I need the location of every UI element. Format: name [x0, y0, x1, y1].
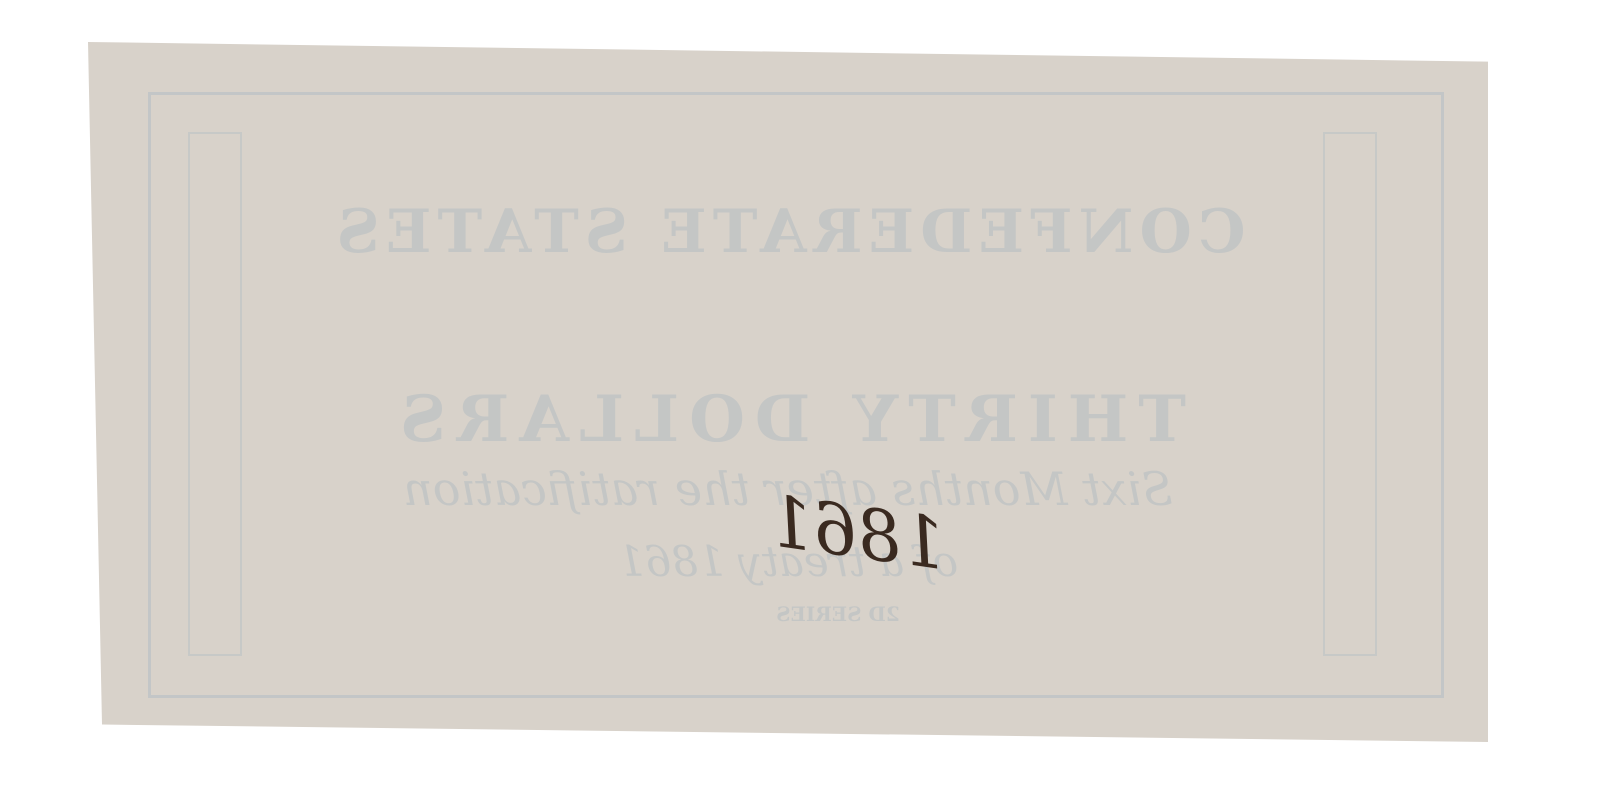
ghost-denomination: THIRTY DOLLARS	[88, 382, 1488, 457]
ghost-series: 2D SERIES	[588, 602, 1088, 626]
ghost-heading: CONFEDERATE STATES	[88, 197, 1488, 267]
banknote: CONFEDERATE STATES THIRTY DOLLARS Sixt M…	[88, 42, 1488, 742]
